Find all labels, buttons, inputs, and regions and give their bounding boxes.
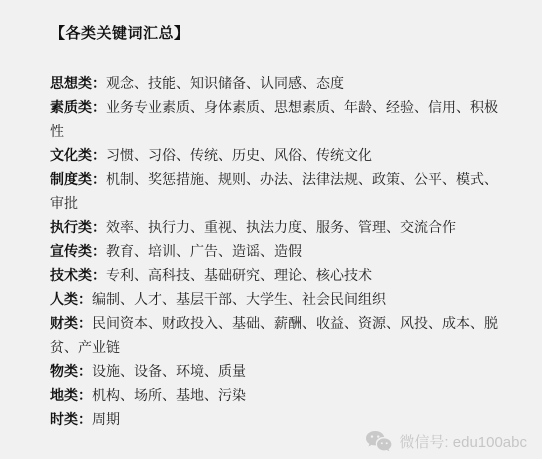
category-label: 执行类：: [50, 219, 106, 235]
category-keywords: 机制、奖惩措施、规则、办法、法律法规、政策、公平、模式、审批: [50, 171, 498, 211]
article-content: 【各类关键词汇总】 思想类：观念、技能、知识储备、认同感、态度 素质类：业务专业…: [0, 0, 542, 431]
category-keywords: 教育、培训、广告、造谣、造假: [106, 243, 302, 259]
category-line-place: 地类：机构、场所、基地、污染: [50, 383, 498, 407]
category-line-time: 时类：周期: [50, 407, 498, 431]
category-label: 素质类：: [50, 99, 106, 115]
category-line-finance: 财类：民间资本、财政投入、基础、薪酬、收益、资源、风投、成本、脱贫、产业链: [50, 311, 498, 359]
category-keywords: 效率、执行力、重视、执法力度、服务、管理、交流合作: [106, 219, 456, 235]
category-line-publicity: 宣传类：教育、培训、广告、造谣、造假: [50, 239, 498, 263]
category-keywords: 民间资本、财政投入、基础、薪酬、收益、资源、风投、成本、脱贫、产业链: [50, 315, 498, 355]
category-label: 文化类：: [50, 147, 106, 163]
category-keywords: 专利、高科技、基础研究、理论、核心技术: [106, 267, 372, 283]
category-line-people: 人类：编制、人才、基层干部、大学生、社会民间组织: [50, 287, 498, 311]
watermark-text: 微信号: edu100abc: [399, 431, 527, 452]
category-keywords: 观念、技能、知识储备、认同感、态度: [106, 75, 344, 91]
category-line-execution: 执行类：效率、执行力、重视、执法力度、服务、管理、交流合作: [50, 215, 498, 239]
category-line-technology: 技术类：专利、高科技、基础研究、理论、核心技术: [50, 263, 498, 287]
category-keywords: 业务专业素质、身体素质、思想素质、年龄、经验、信用、积极性: [50, 99, 498, 139]
category-list: 思想类：观念、技能、知识储备、认同感、态度 素质类：业务专业素质、身体素质、思想…: [50, 71, 498, 431]
category-keywords: 编制、人才、基层干部、大学生、社会民间组织: [92, 291, 386, 307]
category-line-thought: 思想类：观念、技能、知识储备、认同感、态度: [50, 71, 498, 95]
category-label: 宣传类：: [50, 243, 106, 259]
category-label: 思想类：: [50, 75, 106, 91]
category-label: 财类：: [50, 315, 92, 331]
category-keywords: 习惯、习俗、传统、历史、风俗、传统文化: [106, 147, 372, 163]
category-label: 时类：: [50, 411, 92, 427]
category-label: 制度类：: [50, 171, 106, 187]
category-line-culture: 文化类：习惯、习俗、传统、历史、风俗、传统文化: [50, 143, 498, 167]
category-label: 地类：: [50, 387, 92, 403]
category-keywords: 设施、设备、环境、质量: [92, 363, 246, 379]
category-label: 物类：: [50, 363, 92, 379]
category-label: 技术类：: [50, 267, 106, 283]
category-line-quality: 素质类：业务专业素质、身体素质、思想素质、年龄、经验、信用、积极性: [50, 95, 498, 143]
watermark: 微信号: edu100abc: [365, 430, 527, 452]
wechat-icon: [365, 430, 392, 452]
category-keywords: 机构、场所、基地、污染: [92, 387, 246, 403]
page-title: 【各类关键词汇总】: [50, 25, 498, 43]
category-line-things: 物类：设施、设备、环境、质量: [50, 359, 498, 383]
category-label: 人类：: [50, 291, 92, 307]
category-keywords: 周期: [92, 411, 120, 427]
category-line-system: 制度类：机制、奖惩措施、规则、办法、法律法规、政策、公平、模式、审批: [50, 167, 498, 215]
